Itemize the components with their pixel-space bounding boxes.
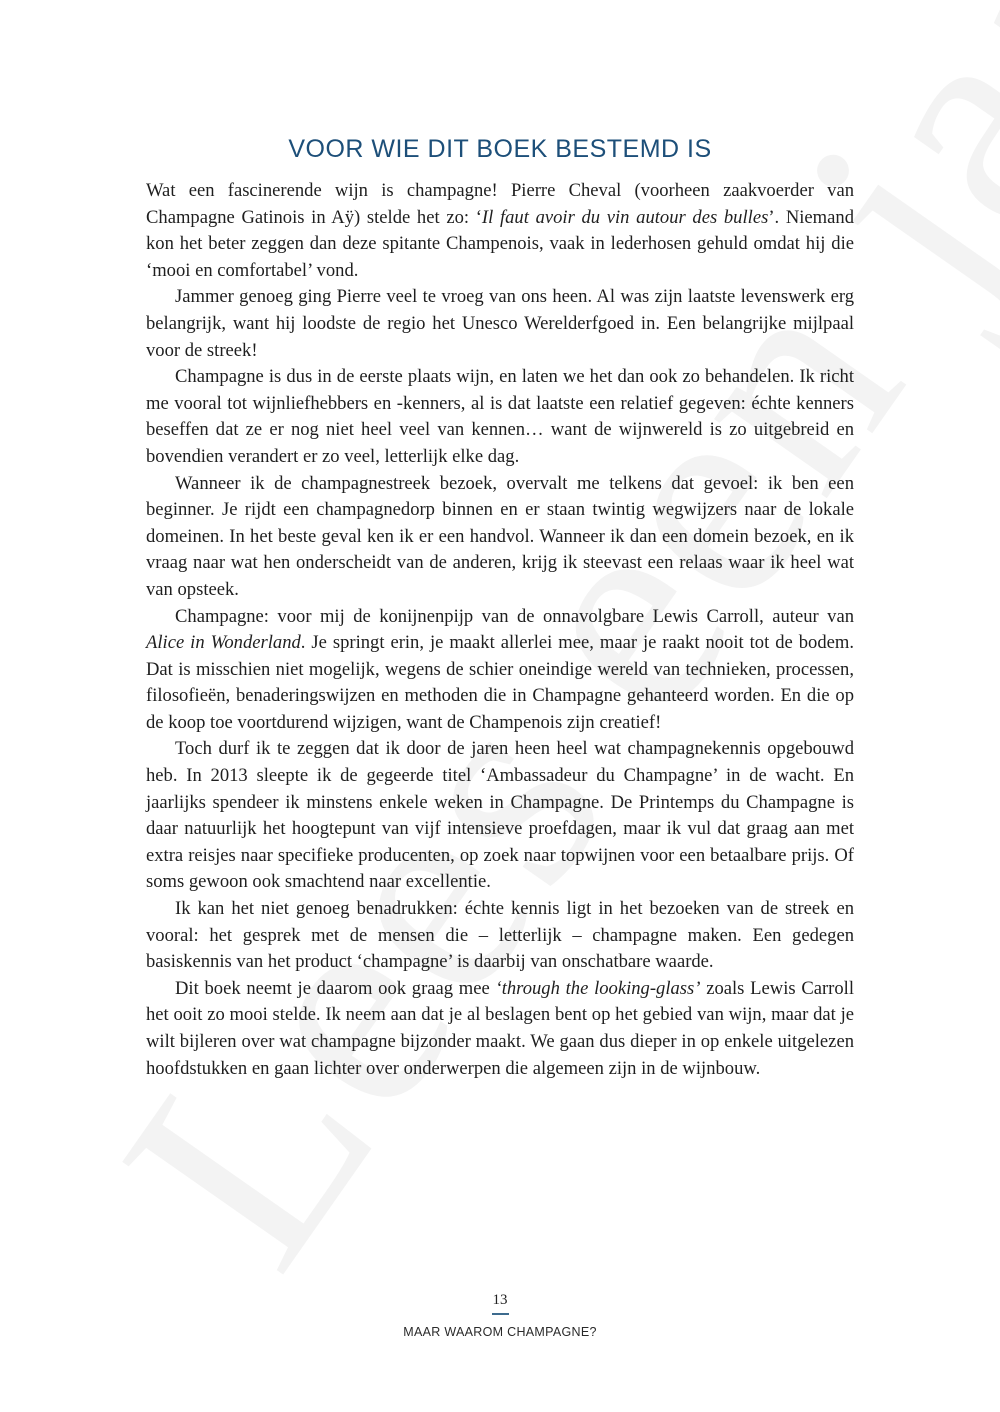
paragraph: Dit boek neemt je daarom ook graag mee ‘…	[146, 976, 854, 1082]
paragraph: Ik kan het niet genoeg benadrukken: écht…	[146, 896, 854, 976]
paragraph: Jammer genoeg ging Pierre veel te vroeg …	[146, 284, 854, 364]
paragraph: Champagne: voor mij de konijnenpijp van …	[146, 604, 854, 737]
body-text: Wat een fascinerende wijn is champagne! …	[146, 178, 854, 1082]
paragraph: Wanneer ik de champagnestreek bezoek, ov…	[146, 471, 854, 604]
running-footer-title: MAAR WAAROM CHAMPAGNE?	[0, 1325, 1000, 1339]
italic-book-title: Alice in Wonderland	[146, 632, 301, 653]
text-segment: Toch durf ik te zeggen dat ik door de ja…	[146, 738, 854, 892]
paragraph: Champagne is dus in de eerste plaats wij…	[146, 364, 854, 470]
page-footer: 13 MAAR WAAROM CHAMPAGNE?	[0, 1290, 1000, 1339]
text-segment: Jammer genoeg ging Pierre veel te vroeg …	[146, 286, 854, 360]
chapter-title: VOOR WIE DIT BOEK BESTEMD IS	[0, 135, 1000, 164]
text-segment: Dit boek neemt je daarom ook graag mee	[175, 978, 496, 999]
text-segment: Wanneer ik de champagnestreek bezoek, ov…	[146, 473, 854, 600]
paragraph: Wat een fascinerende wijn is champagne! …	[146, 178, 854, 284]
page-number-rule	[492, 1313, 509, 1315]
italic-quote: Il faut avoir du vin autour des bulles	[482, 207, 768, 228]
book-page: VOOR WIE DIT BOEK BESTEMD IS Wat een fas…	[0, 0, 1000, 1412]
text-segment: Ik kan het niet genoeg benadrukken: écht…	[146, 898, 854, 972]
page-number: 13	[0, 1290, 1000, 1310]
text-segment: Champagne is dus in de eerste plaats wij…	[146, 366, 854, 467]
italic-quote: ‘through the looking-glass’	[496, 978, 701, 999]
text-segment: Champagne: voor mij de konijnenpijp van …	[175, 606, 854, 627]
paragraph: Toch durf ik te zeggen dat ik door de ja…	[146, 736, 854, 896]
